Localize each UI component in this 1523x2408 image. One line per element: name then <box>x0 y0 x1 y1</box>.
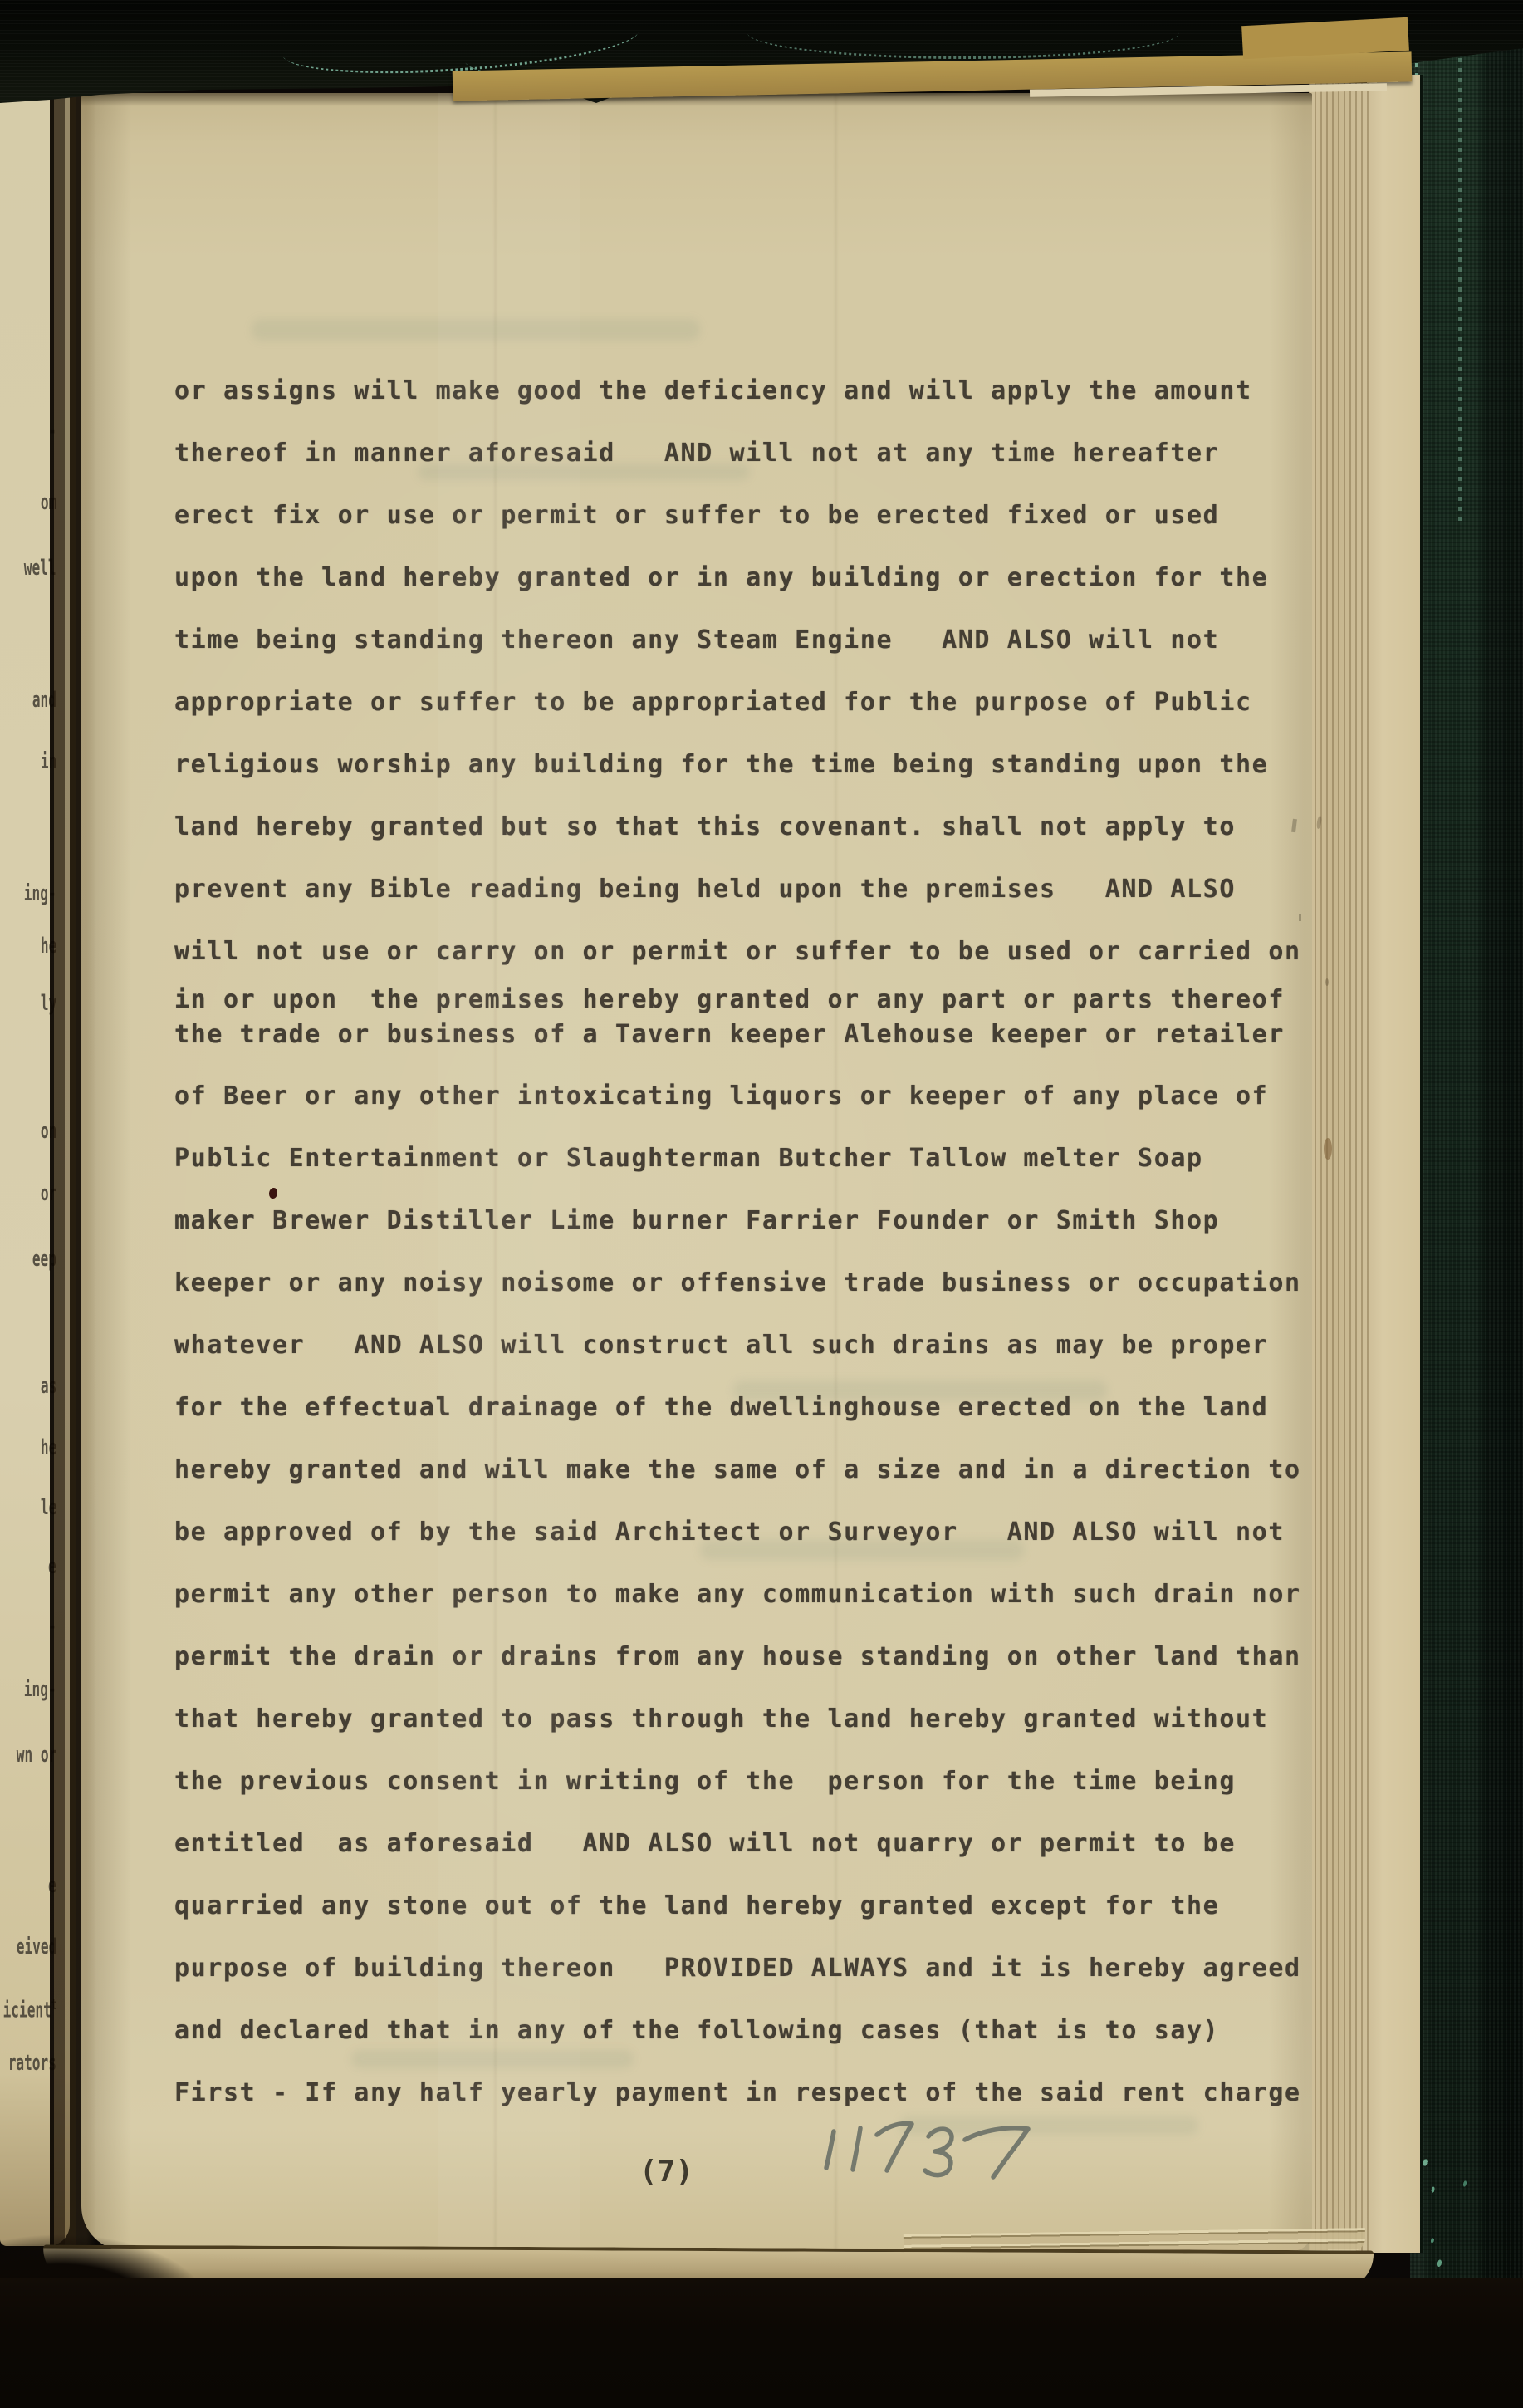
text-line: or assigns will make good the deficiency… <box>174 376 1252 406</box>
page-crease <box>494 93 497 2251</box>
text-line: First - If any half yearly payment in re… <box>174 2078 1301 2108</box>
flyleaf-edge <box>1367 75 1423 2253</box>
stitch-line <box>747 7 1179 59</box>
edge-speck <box>1325 978 1329 986</box>
text-line: whatever AND ALSO will construct all suc… <box>174 1331 1268 1361</box>
text-line: erect fix or use or permit or suffer to … <box>174 501 1219 531</box>
text-line: permit any other person to make any comm… <box>174 1580 1301 1610</box>
ink-blot <box>269 1188 277 1199</box>
text-line: religious worship any building for the t… <box>174 750 1268 780</box>
text-line: quarried any stone out of the land hereb… <box>174 1891 1219 1921</box>
text-line: prevent any Bible reading being held upo… <box>174 875 1236 905</box>
text-line: for the effectual drainage of the dwelli… <box>174 1393 1268 1423</box>
text-line: time being standing thereon any Steam En… <box>174 625 1219 655</box>
text-line: upon the land hereby granted or in any b… <box>174 563 1268 593</box>
gutter-shadow <box>50 88 96 2253</box>
edge-stain <box>1324 1138 1332 1160</box>
text-line: in or upon the premises hereby granted o… <box>174 985 1285 1015</box>
stitch-seam <box>1458 58 1462 523</box>
handwritten-number <box>814 2111 1055 2195</box>
text-line: purpose of building thereon PROVIDED ALW… <box>174 1954 1301 1984</box>
book-cover-green-cloth <box>1410 0 1523 2408</box>
text-line: hereby granted and will make the same of… <box>174 1455 1301 1485</box>
text-line: appropriate or suffer to be appropriated… <box>174 688 1252 718</box>
text-line: permit the drain or drains from any hous… <box>174 1642 1301 1672</box>
text-line: Public Entertainment or Slaughterman But… <box>174 1144 1203 1174</box>
text-line: maker Brewer Distiller Lime burner Farri… <box>174 1206 1219 1236</box>
page-speck <box>1299 914 1301 921</box>
bleedthrough-stain <box>252 319 700 341</box>
text-line: the previous consent in writing of the p… <box>174 1767 1236 1797</box>
text-line: of Beer or any other intoxicating liquor… <box>174 1081 1268 1111</box>
text-line: be approved of by the said Architect or … <box>174 1518 1285 1547</box>
bleedthrough-stain <box>351 2050 634 2068</box>
marginalia-fragment: icientt <box>2 1993 56 2023</box>
text-line: will not use or carry on or permit or su… <box>174 937 1301 967</box>
page-speck <box>1291 819 1297 832</box>
bottom-dark-band <box>0 2278 1523 2408</box>
text-line: that hereby granted to pass through the … <box>174 1704 1268 1734</box>
text-line: the trade or business of a Tavern keeper… <box>174 1020 1285 1050</box>
document-page: or assigns will make good the deficiency… <box>81 93 1312 2251</box>
text-line: keeper or any noisy noisome or offensive… <box>174 1268 1301 1298</box>
edge-speck <box>1316 816 1322 830</box>
text-line: entitled as aforesaid AND ALSO will not … <box>174 1829 1236 1859</box>
text-line: and declared that in any of the followin… <box>174 2016 1219 2046</box>
page-stack-edge <box>1309 83 1370 2251</box>
text-line: thereof in manner aforesaid AND will not… <box>174 439 1219 468</box>
text-line: land hereby granted but so that this cov… <box>174 812 1236 842</box>
page-number: (7) <box>639 2155 693 2189</box>
scanned-book-page: -omwellandining-helyonoreepashelee-ing-w… <box>0 0 1523 2408</box>
